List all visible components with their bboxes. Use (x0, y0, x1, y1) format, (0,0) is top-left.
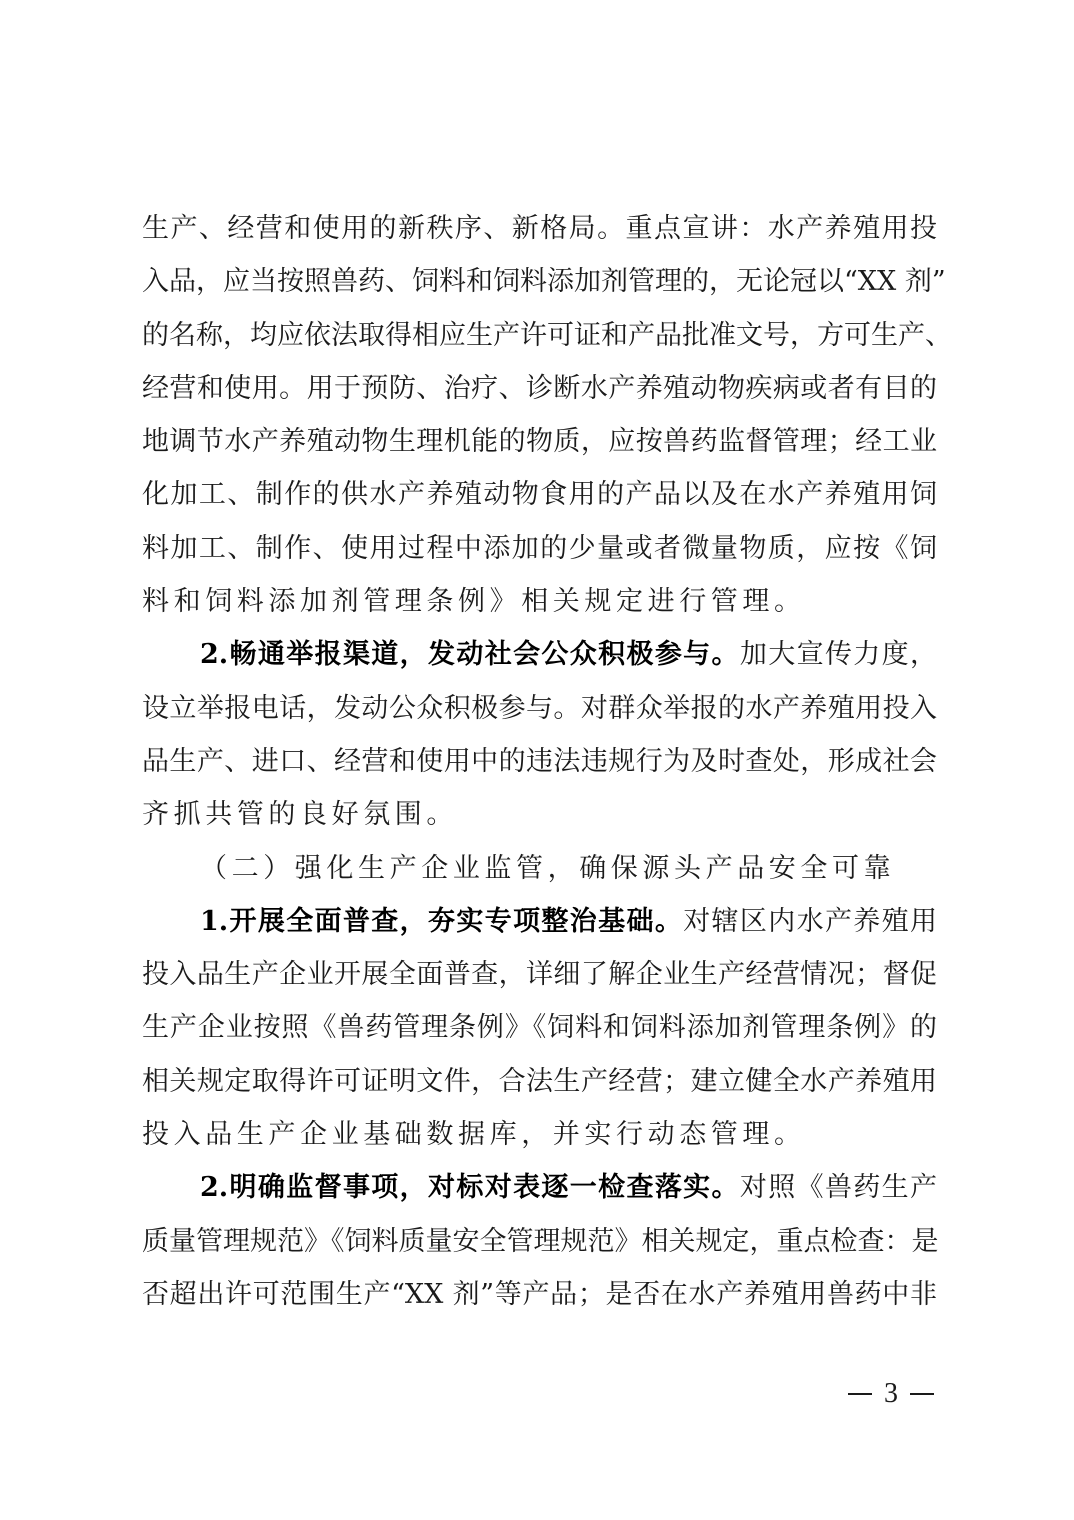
section-heading: （二）强化生产企业监管，确保源头产品安全可靠 (142, 842, 937, 895)
numbered-item-supervision: 2.明确监督事项，对标对表逐一检查落实。对照《兽药生产 质量管理规范》《饲料质量… (142, 1161, 937, 1321)
numbered-item-report-channels: 2.畅通举报渠道，发动社会公众积极参与。加大宣传力度， 设立举报电话，发动公众积… (142, 628, 937, 841)
item-bold-lead: 1.开展全面普查，夯实专项整治基础。 (200, 906, 683, 937)
page-number-value: 3 (884, 1378, 898, 1410)
text-line: 相关规定取得许可证明文件，合法生产经营；建立健全水产养殖用 (142, 1055, 937, 1108)
item-first-line-text: 对照《兽药生产 (740, 1172, 937, 1203)
text-line: 投入品生产企业开展全面普查，详细了解企业生产经营情况；督促 (142, 948, 937, 1001)
item-bold-lead: 2.畅通举报渠道，发动社会公众积极参与。 (200, 639, 740, 670)
text-line: 生产、经营和使用的新秩序、新格局。重点宣讲：水产养殖用投 (142, 202, 937, 255)
item-first-line: 2.畅通举报渠道，发动社会公众积极参与。加大宣传力度， (142, 628, 937, 681)
text-line: 化加工、制作的供水产养殖动物食用的产品以及在水产养殖用饲 (142, 468, 937, 521)
page-number: 3 (848, 1378, 934, 1410)
text-line: 经营和使用。用于预防、治疗、诊断水产养殖动物疾病或者有目的 (142, 362, 937, 415)
item-first-line-text: 对辖区内水产养殖用 (683, 906, 937, 937)
text-line: 投入品生产企业基础数据库，并实行动态管理。 (142, 1108, 937, 1161)
text-line: 质量管理规范》《饲料质量安全管理规范》相关规定，重点检查：是 (142, 1215, 937, 1268)
text-line: 生产企业按照《兽药管理条例》《饲料和饲料添加剂管理条例》的 (142, 1001, 937, 1054)
text-line: 齐抓共管的良好氛围。 (142, 788, 937, 841)
numbered-item-general-survey: 1.开展全面普查，夯实专项整治基础。对辖区内水产养殖用 投入品生产企业开展全面普… (142, 895, 937, 1161)
text-line: 否超出许可范围生产“XX 剂”等产品；是否在水产养殖用兽药中非 (142, 1268, 937, 1321)
item-first-line: 1.开展全面普查，夯实专项整治基础。对辖区内水产养殖用 (142, 895, 937, 948)
page-number-dash-right (910, 1393, 934, 1395)
text-line: 入品，应当按照兽药、饲料和饲料添加剂管理的，无论冠以“XX 剂” (142, 255, 937, 308)
text-line: 设立举报电话，发动公众积极参与。对群众举报的水产养殖用投入 (142, 682, 937, 735)
text-line: 的名称，均应依法取得相应生产许可证和产品批准文号，方可生产、 (142, 309, 937, 362)
text-line: 品生产、进口、经营和使用中的违法违规行为及时查处，形成社会 (142, 735, 937, 788)
document-page: 生产、经营和使用的新秩序、新格局。重点宣讲：水产养殖用投 入品，应当按照兽药、饲… (142, 202, 937, 1321)
text-line: 料加工、制作、使用过程中添加的少量或者微量物质，应按《饲 (142, 522, 937, 575)
item-first-line: 2.明确监督事项，对标对表逐一检查落实。对照《兽药生产 (142, 1161, 937, 1214)
item-bold-lead: 2.明确监督事项，对标对表逐一检查落实。 (200, 1172, 740, 1203)
item-first-line-text: 加大宣传力度， (740, 639, 937, 670)
text-line: 料和饲料添加剂管理条例》相关规定进行管理。 (142, 575, 937, 628)
paragraph-continued: 生产、经营和使用的新秩序、新格局。重点宣讲：水产养殖用投 入品，应当按照兽药、饲… (142, 202, 937, 628)
text-line: 地调节水产养殖动物生理机能的物质，应按兽药监督管理；经工业 (142, 415, 937, 468)
page-number-dash-left (848, 1393, 872, 1395)
